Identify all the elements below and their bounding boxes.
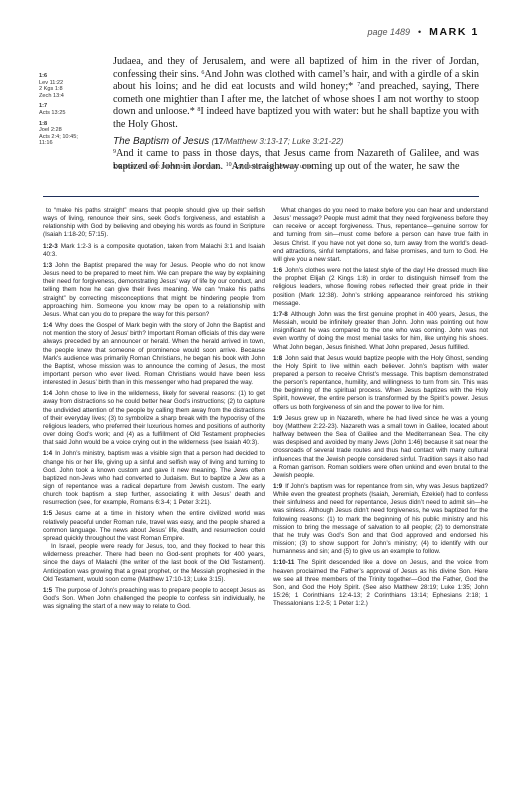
section-divider [43, 196, 479, 197]
footnote-verse: 1:7 [235, 164, 243, 170]
study-note-continuation: What changes do you need to make before … [273, 207, 488, 264]
footnote-def: : waist. [204, 164, 221, 170]
note-text: In Israel, people were ready for Jesus, … [43, 543, 265, 583]
footnote-def: : leather belt; [159, 164, 193, 170]
section-title: The Baptism of Jesus [113, 136, 209, 147]
note-text: to “make his paths straight” means that … [43, 207, 265, 238]
note-ref: 1:5 [43, 587, 52, 594]
study-note: 1:2-3Mark 1:2-3 is a composite quotation… [43, 243, 265, 259]
scripture-text: Judaea, and they of Jerusalem, and were … [113, 56, 479, 173]
xref-link[interactable]: Joel 2:28 [39, 127, 109, 134]
note-ref: 1:10-11 [273, 559, 294, 566]
xref-link[interactable]: Acts 13:25 [39, 110, 109, 117]
note-text: Although John was the first genuine prop… [273, 311, 488, 351]
note-ref: 1:2-3 [43, 243, 58, 250]
study-note: 1:9If John’s baptism was for repentance … [273, 483, 488, 556]
xref-verse: 1:7 [39, 103, 109, 110]
note-text: The Spirit descended like a dove on Jesu… [273, 559, 488, 607]
cross-references: 1:6 Lev 11:22 2 Kgs 1:8 Zech 13:4 1:7 Ac… [39, 73, 109, 151]
xref-link[interactable]: Zech 13:4 [39, 93, 109, 100]
section-heading: The Baptism of Jesus (17/Matthew 3:13-17… [113, 135, 479, 149]
xref-group: 1:7 Acts 13:25 [39, 103, 109, 116]
study-note-continuation: In Israel, people were ready for Jesus, … [43, 543, 265, 584]
study-note: 1:10-11The Spirit descended like a dove … [273, 559, 488, 608]
study-note: 1:6John’s clothes were not the latest st… [273, 267, 488, 308]
parallel-refs[interactable]: /Matthew 3:13-17; Luke 3:21-22) [223, 136, 343, 146]
note-ref: 1:9 [273, 415, 282, 422]
footnote-def: : lace; [261, 164, 277, 170]
study-note: to “make his paths straight” means that … [43, 207, 265, 240]
footnote-term: unloose [277, 164, 297, 170]
note-text: In John’s ministry, baptism was a visibl… [43, 450, 265, 506]
xref-link[interactable]: Acts 2:4; 10:45; [39, 134, 109, 141]
note-text: Jesus grew up in Nazareth, where he had … [273, 415, 488, 479]
note-text: John’s clothes were not the latest style… [273, 267, 488, 307]
xref-group: 1:6 Lev 11:22 2 Kgs 1:8 Zech 13:4 [39, 73, 109, 99]
xref-link[interactable]: Lev 11:22 [39, 80, 109, 87]
note-ref: 1:4 [43, 450, 52, 457]
study-note: 1:3John the Baptist prepared the way for… [43, 262, 265, 319]
study-note: 1:9Jesus grew up in Nazareth, where he h… [273, 415, 488, 480]
footnote-verse: 1:6 [113, 164, 121, 170]
running-head: page 1489 • MARK 1 [367, 26, 479, 38]
note-text: John the Baptist prepared the way for Je… [43, 262, 265, 318]
footnote-term: loins [193, 164, 205, 170]
study-note: 1:5The purpose of John’s preaching was t… [43, 587, 265, 611]
note-text: John said that Jesus would baptize peopl… [273, 355, 488, 411]
note-text: Why does the Gospel of Mark begin with t… [43, 322, 265, 386]
note-ref: 1:3 [43, 262, 52, 269]
footnote-def: : untie. [297, 164, 314, 170]
separator-bullet: • [418, 27, 421, 37]
note-ref: 1:9 [273, 483, 282, 490]
note-text: Mark 1:2-3 is a composite quotation, tak… [43, 243, 265, 258]
note-text: What changes do you need to make before … [273, 207, 488, 263]
footnote-term: latchet [244, 164, 260, 170]
note-text: John chose to live in the wilderness, li… [43, 390, 265, 446]
word-footnotes: 1:6 girdle of a skin: leather belt; loin… [113, 164, 314, 170]
note-ref: 1:4 [43, 390, 52, 397]
study-note: 1:8John said that Jesus would baptize pe… [273, 355, 488, 412]
study-note: 1:4In John’s ministry, baptism was a vis… [43, 450, 265, 507]
note-ref: 1:7-8 [273, 311, 288, 318]
xref-verse: 1:8 [39, 121, 109, 128]
study-note: 1:4John chose to live in the wilderness,… [43, 390, 265, 447]
xref-verse: 1:6 [39, 73, 109, 80]
page-number: page 1489 [367, 27, 410, 37]
study-notes-left-column: to “make his paths straight” means that … [43, 207, 265, 614]
scripture-paragraph: Judaea, and they of Jerusalem, and were … [113, 56, 479, 132]
xref-link[interactable]: 11:16 [39, 140, 109, 147]
note-ref: 1:5 [43, 510, 52, 517]
study-note: 1:4Why does the Gospel of Mark begin wit… [43, 322, 265, 387]
footnote-term: girdle of a skin [123, 164, 159, 170]
note-ref: 1:8 [273, 355, 282, 362]
note-text: Jesus came at a time in history when the… [43, 510, 265, 541]
note-ref: 1:6 [273, 267, 282, 274]
study-notes-right-column: What changes do you need to make before … [273, 207, 488, 611]
xref-link[interactable]: 2 Kgs 1:8 [39, 86, 109, 93]
note-ref: 1:4 [43, 322, 52, 329]
note-text: If John’s baptism was for repentance fro… [273, 483, 488, 555]
book-chapter-title: MARK 1 [429, 26, 479, 38]
study-note: 1:7-8Although John was the first genuine… [273, 311, 488, 352]
study-note: 1:5Jesus came at a time in history when … [43, 510, 265, 543]
xref-group: 1:8 Joel 2:28 Acts 2:4; 10:45; 11:16 [39, 121, 109, 147]
note-text: The purpose of John’s preaching was to p… [43, 587, 265, 610]
